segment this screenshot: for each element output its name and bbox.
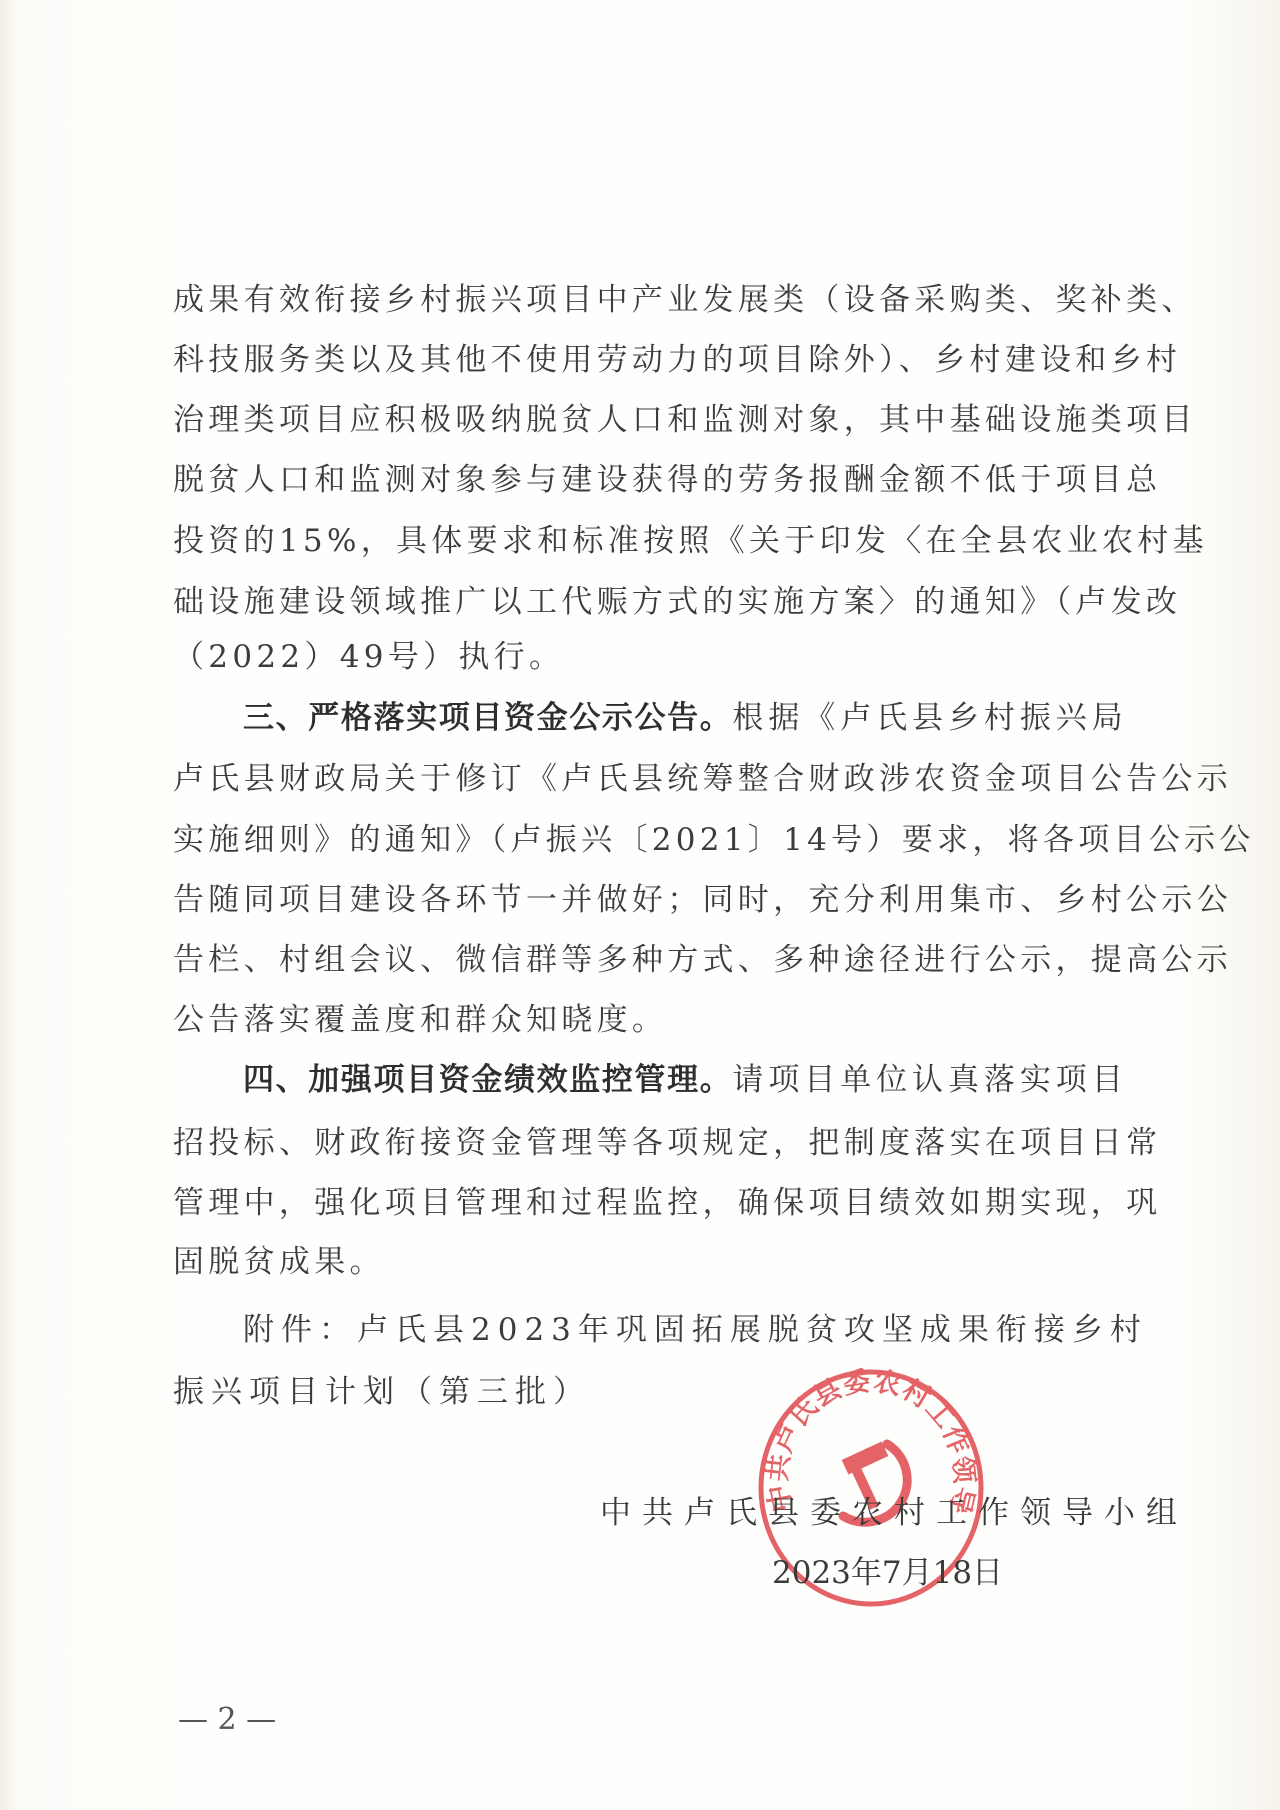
body-line-5: 投资的15%，具体要求和标准按照《关于印发〈在全县农业农村基 <box>173 521 1127 561</box>
section4-line-3: 管理中，强化项目管理和过程监控，确保项目绩效如期实现，巩 <box>173 1183 1127 1223</box>
body-line-4: 脱贫人口和监测对象参与建设获得的劳务报酬金额不低于项目总 <box>173 460 1127 500</box>
section4-line-4: 固脱贫成果。 <box>173 1242 1127 1282</box>
document-page: 成果有效衔接乡村振兴项目中产业发展类（设备采购类、奖补类、 科技服务类以及其他不… <box>0 0 1280 1810</box>
section3-line-2: 卢氏县财政局关于修订《卢氏县统筹整合财政涉农资金项目公告公示 <box>173 759 1127 799</box>
section4-first-line-text: 请项目单位认真落实项目 <box>732 1062 1127 1098</box>
section3-line-3: 实施细则》的通知》（卢振兴〔2021〕14号）要求，将各项目公示公 <box>173 820 1127 860</box>
section4-first-line: 四、加强项目资金绩效监控管理。请项目单位认真落实项目 <box>243 1060 1127 1100</box>
section3-line-4: 告随同项目建设各环节一并做好；同时，充分利用集市、乡村公示公 <box>173 880 1127 920</box>
body-line-2: 科技服务类以及其他不使用劳动力的项目除外）、乡村建设和乡村 <box>173 340 1127 380</box>
body-line-6: 础设施建设领域推广以工代赈方式的实施方案〉的通知》（卢发改 <box>173 582 1127 622</box>
section4-line-2: 招投标、财政衔接资金管理等各项规定，把制度落实在项目日常 <box>173 1123 1127 1163</box>
body-line-3: 治理类项目应积极吸纳脱贫人口和监测对象，其中基础设施类项目 <box>173 400 1127 440</box>
body-line-7: （2022）49号）执行。 <box>173 637 1127 677</box>
page-number: — 2 — <box>178 1702 276 1738</box>
section3-heading: 三、严格落实项目资金公示公告。 <box>243 700 732 736</box>
section3-first-line: 三、严格落实项目资金公示公告。根据《卢氏县乡村振兴局 <box>243 698 1127 738</box>
body-line-1: 成果有效衔接乡村振兴项目中产业发展类（设备采购类、奖补类、 <box>173 280 1127 320</box>
section3-first-line-text: 根据《卢氏县乡村振兴局 <box>732 700 1127 736</box>
issue-date: 2023年7月18日 <box>772 1553 1003 1593</box>
section4-heading: 四、加强项目资金绩效监控管理。 <box>243 1062 732 1098</box>
section3-line-6: 公告落实覆盖度和群众知晓度。 <box>173 1000 1127 1040</box>
section3-line-5: 告栏、村组会议、微信群等多种方式、多种途径进行公示，提高公示 <box>173 940 1127 980</box>
attachment-line-1: 附件：卢氏县2023年巩固拓展脱贫攻坚成果衔接乡村 <box>243 1310 1127 1350</box>
issuing-organization: 中共卢氏县委农村工作领导小组 <box>600 1493 1060 1533</box>
